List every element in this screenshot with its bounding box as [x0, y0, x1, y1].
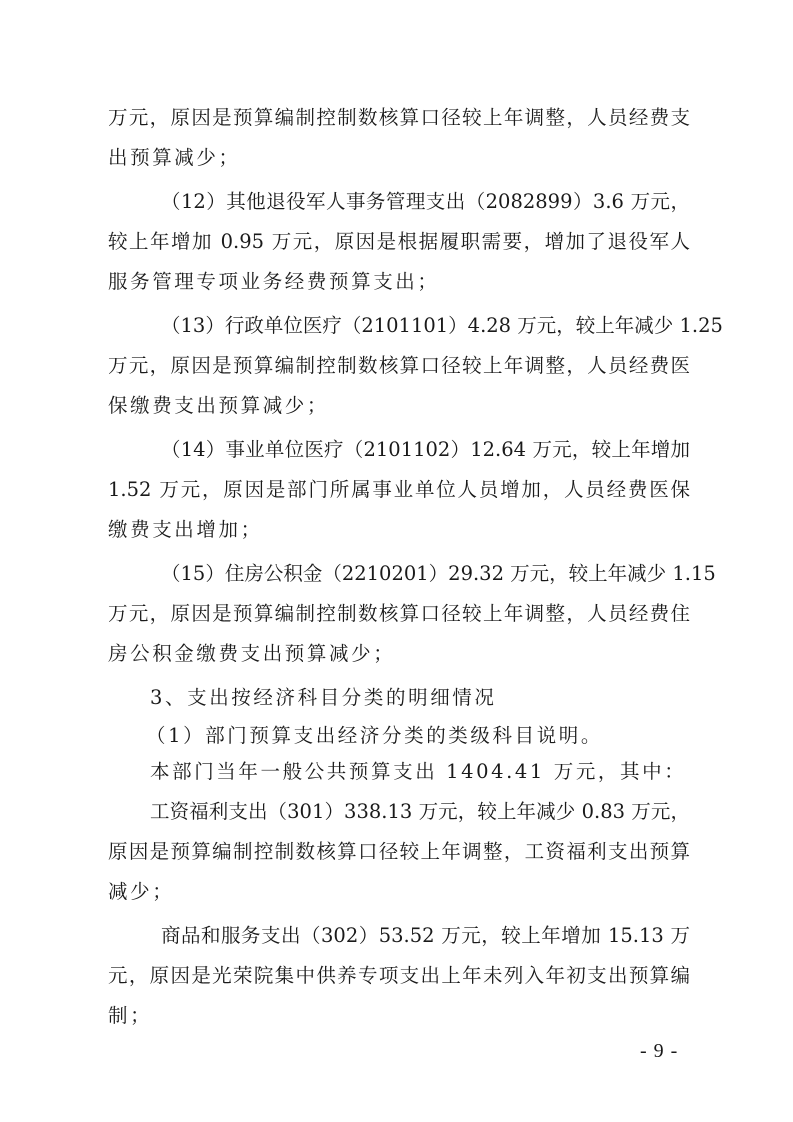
paragraph-15-line-3: 房公积金缴费支出预算减少； — [108, 642, 690, 666]
econ-302-line-2: 元，原因是光荣院集中供养专项支出上年未列入年初支出预算编 — [108, 964, 690, 988]
paragraph-15-line-2: 万元，原因是预算编制控制数核算口径较上年调整，人员经费住 — [108, 602, 690, 626]
econ-301-line-2: 原因是预算编制控制数核算口径较上年调整，工资福利支出预算 — [108, 840, 690, 864]
paragraph-13-line-1: （13）行政单位医疗（2101101）4.28 万元，较上年减少 1.25 — [161, 314, 690, 338]
section-3-subheading-1: （1）部门预算支出经济分类的类级科目说明。 — [146, 724, 686, 748]
paragraph-11-line-1: 万元，原因是预算编制控制数核算口径较上年调整，人员经费支 — [108, 106, 690, 130]
paragraph-13-line-2: 万元，原因是预算编制控制数核算口径较上年调整，人员经费医 — [108, 354, 690, 378]
paragraph-14-line-3: 缴费支出增加； — [108, 518, 690, 542]
paragraph-14-line-2: 1.52 万元，原因是部门所属事业单位人员增加，人员经费医保 — [108, 478, 690, 502]
paragraph-12-line-1: （12）其他退役军人事务管理支出（2082899）3.6 万元， — [161, 190, 690, 214]
paragraph-15-line-1: （15）住房公积金（2210201）29.32 万元，较上年减少 1.15 — [161, 562, 690, 586]
paragraph-12-line-3: 服务管理专项业务经费预算支出； — [108, 270, 690, 294]
econ-301-line-1: 工资福利支出（301）338.13 万元，较上年减少 0.83 万元， — [150, 800, 690, 824]
page-number: - 9 - — [640, 1040, 678, 1063]
total-expenditure-line: 本部门当年一般公共预算支出 1404.41 万元，其中： — [150, 760, 690, 784]
section-3-heading: 3、支出按经济科目分类的明细情况 — [150, 686, 690, 710]
econ-302-line-1: 商品和服务支出（302）53.52 万元，较上年增加 15.13 万 — [161, 924, 690, 948]
document-page: 万元，原因是预算编制控制数核算口径较上年调整，人员经费支 出预算减少； （12）… — [0, 0, 793, 1122]
paragraph-11-line-2: 出预算减少； — [108, 146, 690, 170]
econ-302-line-3: 制； — [108, 1004, 690, 1028]
paragraph-14-line-1: （14）事业单位医疗（2101102）12.64 万元，较上年增加 — [161, 438, 690, 462]
paragraph-12-line-2: 较上年增加 0.95 万元，原因是根据履职需要，增加了退役军人 — [108, 230, 690, 254]
paragraph-13-line-3: 保缴费支出预算减少； — [108, 394, 690, 418]
econ-301-line-3: 减少； — [108, 880, 690, 904]
